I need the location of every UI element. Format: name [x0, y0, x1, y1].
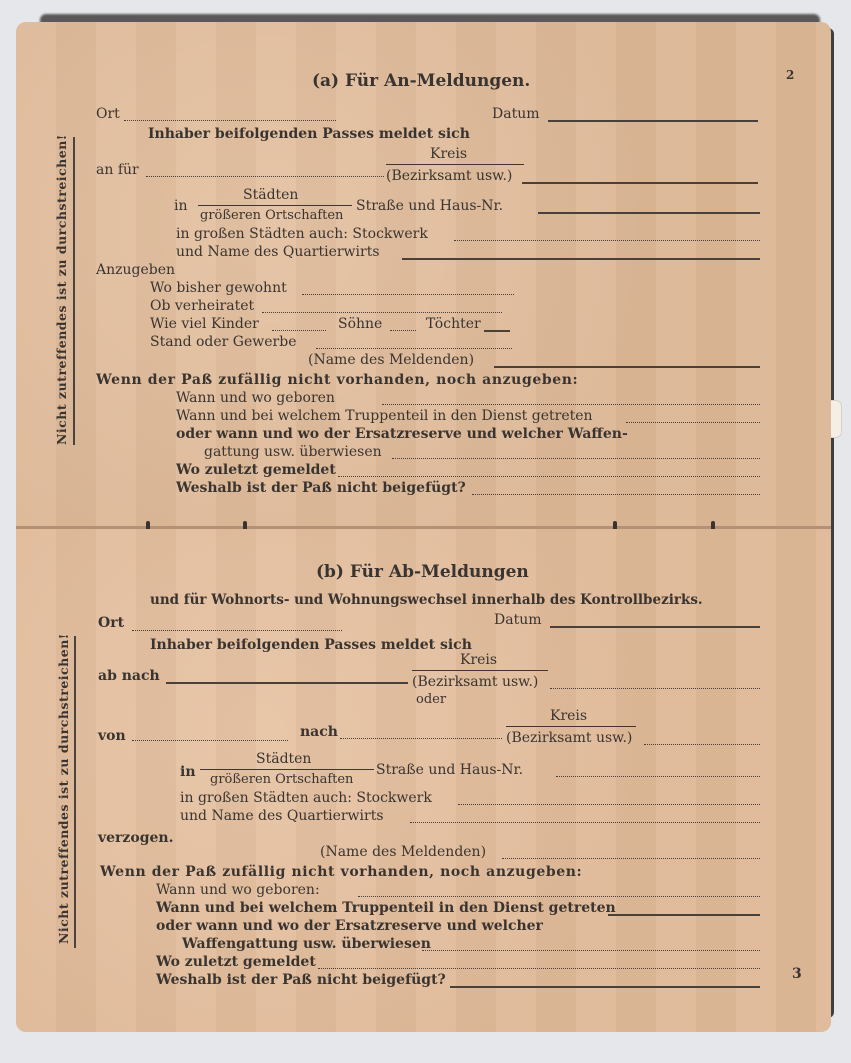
verheiratet-label: Ob verheiratet: [150, 298, 254, 314]
datum-field[interactable]: [550, 626, 760, 628]
zuletzt-field[interactable]: [318, 968, 760, 969]
stockwerk-label: in großen Städten auch: Stockwerk: [176, 226, 428, 242]
weshalb-label: Weshalb ist der Paß nicht beigefügt?: [156, 972, 446, 988]
fraction-line: [506, 726, 636, 727]
zuletzt-label: Wo zuletzt gemeldet: [176, 462, 336, 478]
geboren-label: Wann und wo geboren: [176, 390, 335, 406]
nach-field[interactable]: [340, 738, 502, 739]
section-title: (b) Für Ab-Meldungen: [316, 564, 529, 580]
bezirksamt-label: (Bezirksamt usw.): [386, 168, 512, 184]
staedten-label: Städten: [243, 187, 298, 203]
side-note: Nicht zutreffendes ist zu durchstreichen…: [56, 633, 71, 944]
weshalb-label: Weshalb ist der Paß nicht beigefügt?: [176, 480, 466, 496]
quartierwirt-label: und Name des Quartierwirts: [176, 244, 380, 260]
toechter-label: Töchter: [426, 316, 481, 332]
strasse-field[interactable]: [538, 212, 760, 214]
pass-heading: Wenn der Paß zufällig nicht vorhanden, n…: [100, 864, 582, 880]
weshalb-field[interactable]: [450, 986, 760, 988]
quartierwirt-label: und Name des Quartierwirts: [180, 808, 384, 824]
truppenteil-field[interactable]: [608, 914, 760, 916]
ortschaften-label: größeren Ortschaften: [200, 208, 343, 224]
intro-text: Inhaber beifolgenden Passes meldet sich: [148, 126, 470, 142]
truppenteil-label: Wann und bei welchem Truppenteil in den …: [176, 408, 593, 424]
side-rule: [74, 636, 76, 948]
ort-field[interactable]: [124, 120, 336, 121]
kreis-label: Kreis: [460, 652, 497, 668]
datum-field[interactable]: [548, 120, 758, 122]
meldender-label: (Name des Meldenden): [320, 844, 486, 860]
ersatzreserve-label: oder wann und wo der Ersatzreserve und w…: [176, 426, 628, 442]
strasse-field[interactable]: [556, 776, 760, 777]
bezirksamt-field[interactable]: [550, 688, 760, 689]
geboren-label: Wann und wo geboren:: [156, 882, 320, 898]
zuletzt-label: Wo zuletzt gemeldet: [156, 954, 316, 970]
meldender-field[interactable]: [494, 366, 760, 368]
ort-label: Ort: [96, 106, 120, 122]
nach-label: nach: [300, 724, 338, 740]
strasse-label: Straße und Haus-Nr.: [376, 762, 523, 778]
kinder-field[interactable]: [272, 330, 326, 331]
meldender-field[interactable]: [502, 858, 760, 859]
bezirksamt-field[interactable]: [522, 182, 758, 184]
stockwerk-label: in großen Städten auch: Stockwerk: [180, 790, 432, 806]
fraction-line: [200, 769, 374, 770]
an-fuer-label: an für: [96, 162, 139, 178]
verzogen-label: verzogen.: [98, 830, 173, 846]
side-rule: [73, 137, 75, 445]
von-field[interactable]: [132, 740, 288, 741]
fraction-line: [412, 670, 548, 671]
ab-nach-label: ab nach: [98, 668, 160, 684]
bezirksamt2-field[interactable]: [644, 744, 760, 745]
zuletzt-field[interactable]: [338, 476, 760, 477]
page-number: 3: [792, 966, 802, 982]
in-label: in: [180, 764, 196, 780]
section-title: (a) Für An-Meldungen.: [312, 73, 530, 89]
toechter-field[interactable]: [484, 330, 510, 332]
side-note: Nicht zutreffendes ist zu durchstreichen…: [54, 134, 69, 445]
gattung-field[interactable]: [422, 950, 760, 951]
ersatzreserve-label: oder wann und wo der Ersatzreserve und w…: [156, 918, 543, 934]
ortschaften-label: größeren Ortschaften: [210, 772, 353, 788]
von-label: von: [98, 728, 126, 744]
stand-field[interactable]: [316, 348, 512, 349]
verheiratet-field[interactable]: [262, 312, 502, 313]
ort-label: Ort: [98, 615, 124, 631]
fraction-line: [386, 164, 524, 165]
truppenteil-label: Wann und bei welchem Truppenteil in den …: [156, 900, 616, 916]
strasse-label: Straße und Haus-Nr.: [356, 198, 503, 214]
stockwerk-field[interactable]: [454, 240, 760, 241]
in-label: in: [174, 198, 188, 214]
soehne-field[interactable]: [390, 330, 416, 331]
bisher-field[interactable]: [302, 294, 514, 295]
staedten-label: Städten: [256, 751, 311, 767]
kreis-label: Kreis: [430, 146, 467, 162]
ort-field[interactable]: [132, 630, 342, 631]
kreis2-label: Kreis: [550, 708, 587, 724]
oder-label: oder: [416, 692, 446, 708]
truppenteil-field[interactable]: [626, 422, 760, 423]
tab-insert: [830, 400, 842, 438]
geboren-field[interactable]: [382, 404, 760, 405]
stockwerk-field[interactable]: [458, 804, 760, 805]
fraction-line: [198, 205, 352, 206]
an-fuer-field[interactable]: [146, 176, 384, 177]
datum-label: Datum: [494, 612, 542, 628]
datum-label: Datum: [492, 106, 540, 122]
page-number: 2: [786, 68, 794, 82]
meldender-label: (Name des Meldenden): [308, 352, 474, 368]
bezirksamt-label: (Bezirksamt usw.): [412, 674, 538, 690]
weshalb-field[interactable]: [472, 494, 760, 495]
bezirksamt2-label: (Bezirksamt usw.): [506, 730, 632, 746]
bisher-label: Wo bisher gewohnt: [150, 280, 287, 296]
anzugeben-label: Anzugeben: [96, 262, 175, 278]
quartierwirt-field[interactable]: [410, 822, 760, 823]
section-subtitle: und für Wohnorts- und Wohnungswechsel in…: [150, 592, 703, 608]
gattung-field[interactable]: [392, 458, 760, 459]
gattung-label: gattung usw. überwiesen: [204, 444, 382, 460]
ab-nach-field[interactable]: [166, 682, 408, 684]
quartierwirt-field[interactable]: [402, 258, 760, 260]
soehne-label: Söhne: [338, 316, 382, 332]
intro-text: Inhaber beifolgenden Passes meldet sich: [150, 637, 472, 653]
stand-label: Stand oder Gewerbe: [150, 334, 297, 350]
pass-heading: Wenn der Paß zufällig nicht vorhanden, n…: [96, 372, 578, 388]
kinder-label: Wie viel Kinder: [150, 316, 259, 332]
geboren-field[interactable]: [358, 896, 760, 897]
gattung-label: Waffengattung usw. überwiesen: [182, 936, 431, 952]
